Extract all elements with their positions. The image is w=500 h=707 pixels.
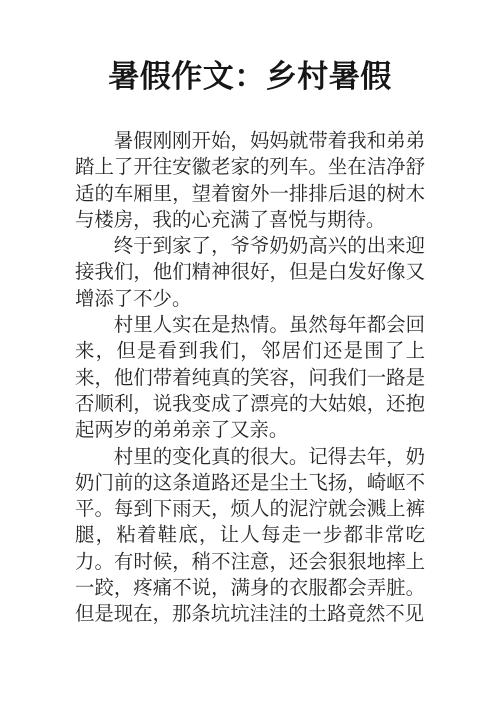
essay-body: 暑假刚刚开始，妈妈就带着我和弟弟踏上了开往安徽老家的列车。坐在洁净舒适的车厢里，… — [75, 129, 425, 629]
document-page: 暑假作文：乡村暑假 暑假刚刚开始，妈妈就带着我和弟弟踏上了开往安徽老家的列车。坐… — [0, 0, 500, 707]
essay-title: 暑假作文：乡村暑假 — [75, 58, 425, 95]
essay-paragraph-1: 暑假刚刚开始，妈妈就带着我和弟弟踏上了开往安徽老家的列车。坐在洁净舒适的车厢里，… — [75, 129, 425, 234]
essay-paragraph-4: 村里的变化真的很大。记得去年，奶奶门前的这条道路还是尘土飞扬，崎岖不平。每到下雨… — [75, 445, 425, 629]
essay-paragraph-2: 终于到家了，爷爷奶奶高兴的出来迎接我们，他们精神很好，但是白发好像又增添了不少。 — [75, 234, 425, 313]
essay-paragraph-3: 村里人实在是热情。虽然每年都会回来，但是看到我们，邻居们还是围了上来，他们带着纯… — [75, 313, 425, 444]
